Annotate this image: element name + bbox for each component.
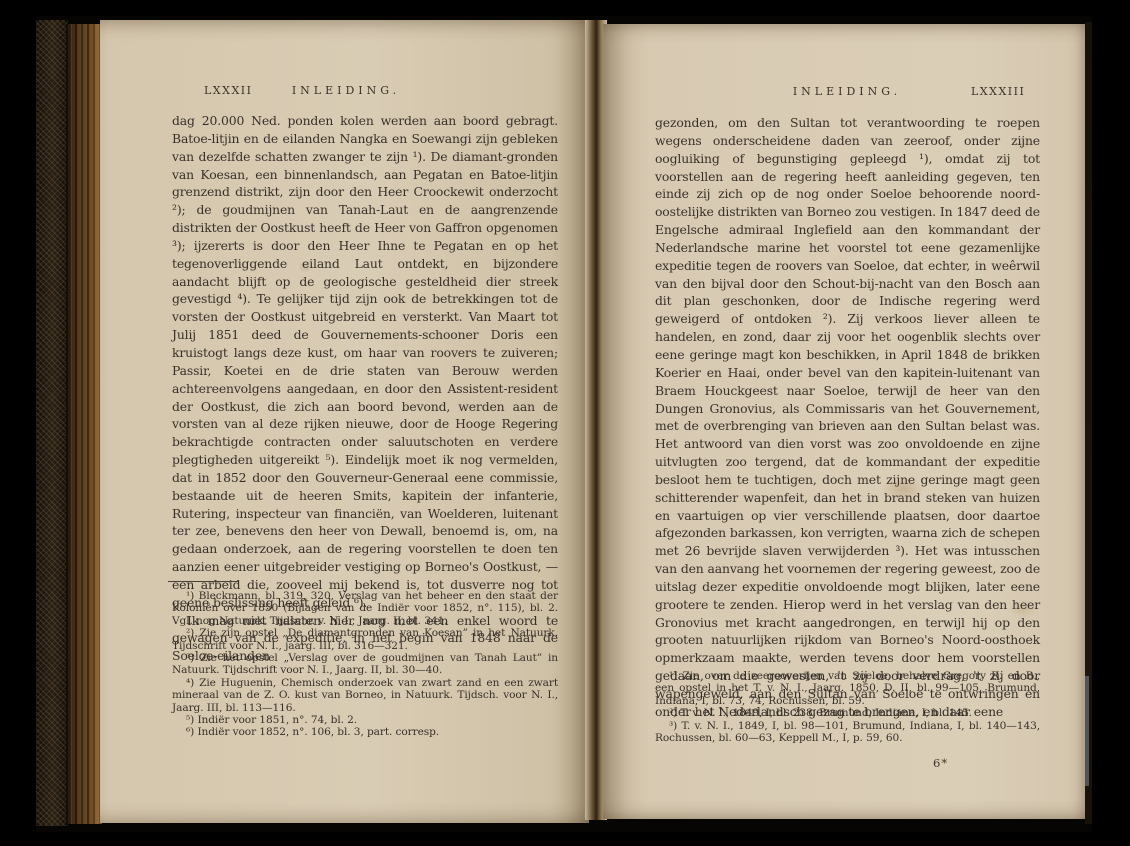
- footnote: ²) T. v. N. I., 1849, I, bl. 238, Brumun…: [655, 707, 1040, 719]
- footnote: ¹) Zie over de zeerooverijen van Soeloe,…: [655, 670, 1040, 707]
- right-body-text: gezonden, om den Sultan tot verantwoordi…: [655, 114, 1040, 721]
- right-footnotes: ¹) Zie over de zeerooverijen van Soeloe,…: [655, 670, 1040, 744]
- footnote: ³) Zie het opstel „Verslag over de goudm…: [172, 652, 558, 677]
- body-paragraph: dag 20.000 Ned. ponden kolen werden aan …: [172, 112, 558, 612]
- page-edge-glint: [1085, 676, 1089, 786]
- open-book: LXXXII INLEIDING. dag 20.000 Ned. ponden…: [36, 16, 1092, 832]
- left-body-text: dag 20.000 Ned. ponden kolen werden aan …: [172, 112, 558, 665]
- footnote: ⁵) Indiër voor 1851, n°. 74, bl. 2.: [172, 714, 558, 726]
- left-footnotes: ¹) Bleckmann, bl. 319, 320, Verslag van …: [172, 590, 558, 739]
- signature-mark: 6*: [933, 756, 948, 770]
- left-page-number: LXXXII: [204, 84, 253, 97]
- left-running-title: INLEIDING.: [292, 84, 400, 97]
- page-fore-edges: [66, 24, 102, 824]
- body-paragraph: gezonden, om den Sultan tot verantwoordi…: [655, 114, 1040, 721]
- book-scan-photo: { "book": { "left_page": { "page_number"…: [0, 0, 1130, 846]
- footnote: ³) T. v. N. I., 1849, I, bl. 98—101, Bru…: [655, 720, 1040, 745]
- footnote: ²) Zie zijn opstel „De diamantgronden va…: [172, 627, 558, 652]
- right-page: INLEIDING. LXXXIII gezonden, om den Sult…: [603, 24, 1085, 819]
- footnote-rule: [168, 581, 238, 582]
- footnote: ⁴) Zie Huguenin, Chemisch onderzoek van …: [172, 677, 558, 714]
- footnote: ⁶) Indiër voor 1852, n°. 106, bl. 3, par…: [172, 726, 558, 738]
- footnote: ¹) Bleckmann, bl. 319, 320, Verslag van …: [172, 590, 558, 627]
- right-running-title: INLEIDING.: [793, 85, 901, 98]
- book-spine-cloth: [36, 20, 68, 826]
- right-page-header: INLEIDING. LXXXIII: [603, 85, 1085, 105]
- left-page: LXXXII INLEIDING. dag 20.000 Ned. ponden…: [100, 20, 589, 823]
- left-page-header: LXXXII INLEIDING.: [100, 84, 589, 104]
- right-page-number: LXXXIII: [971, 85, 1025, 98]
